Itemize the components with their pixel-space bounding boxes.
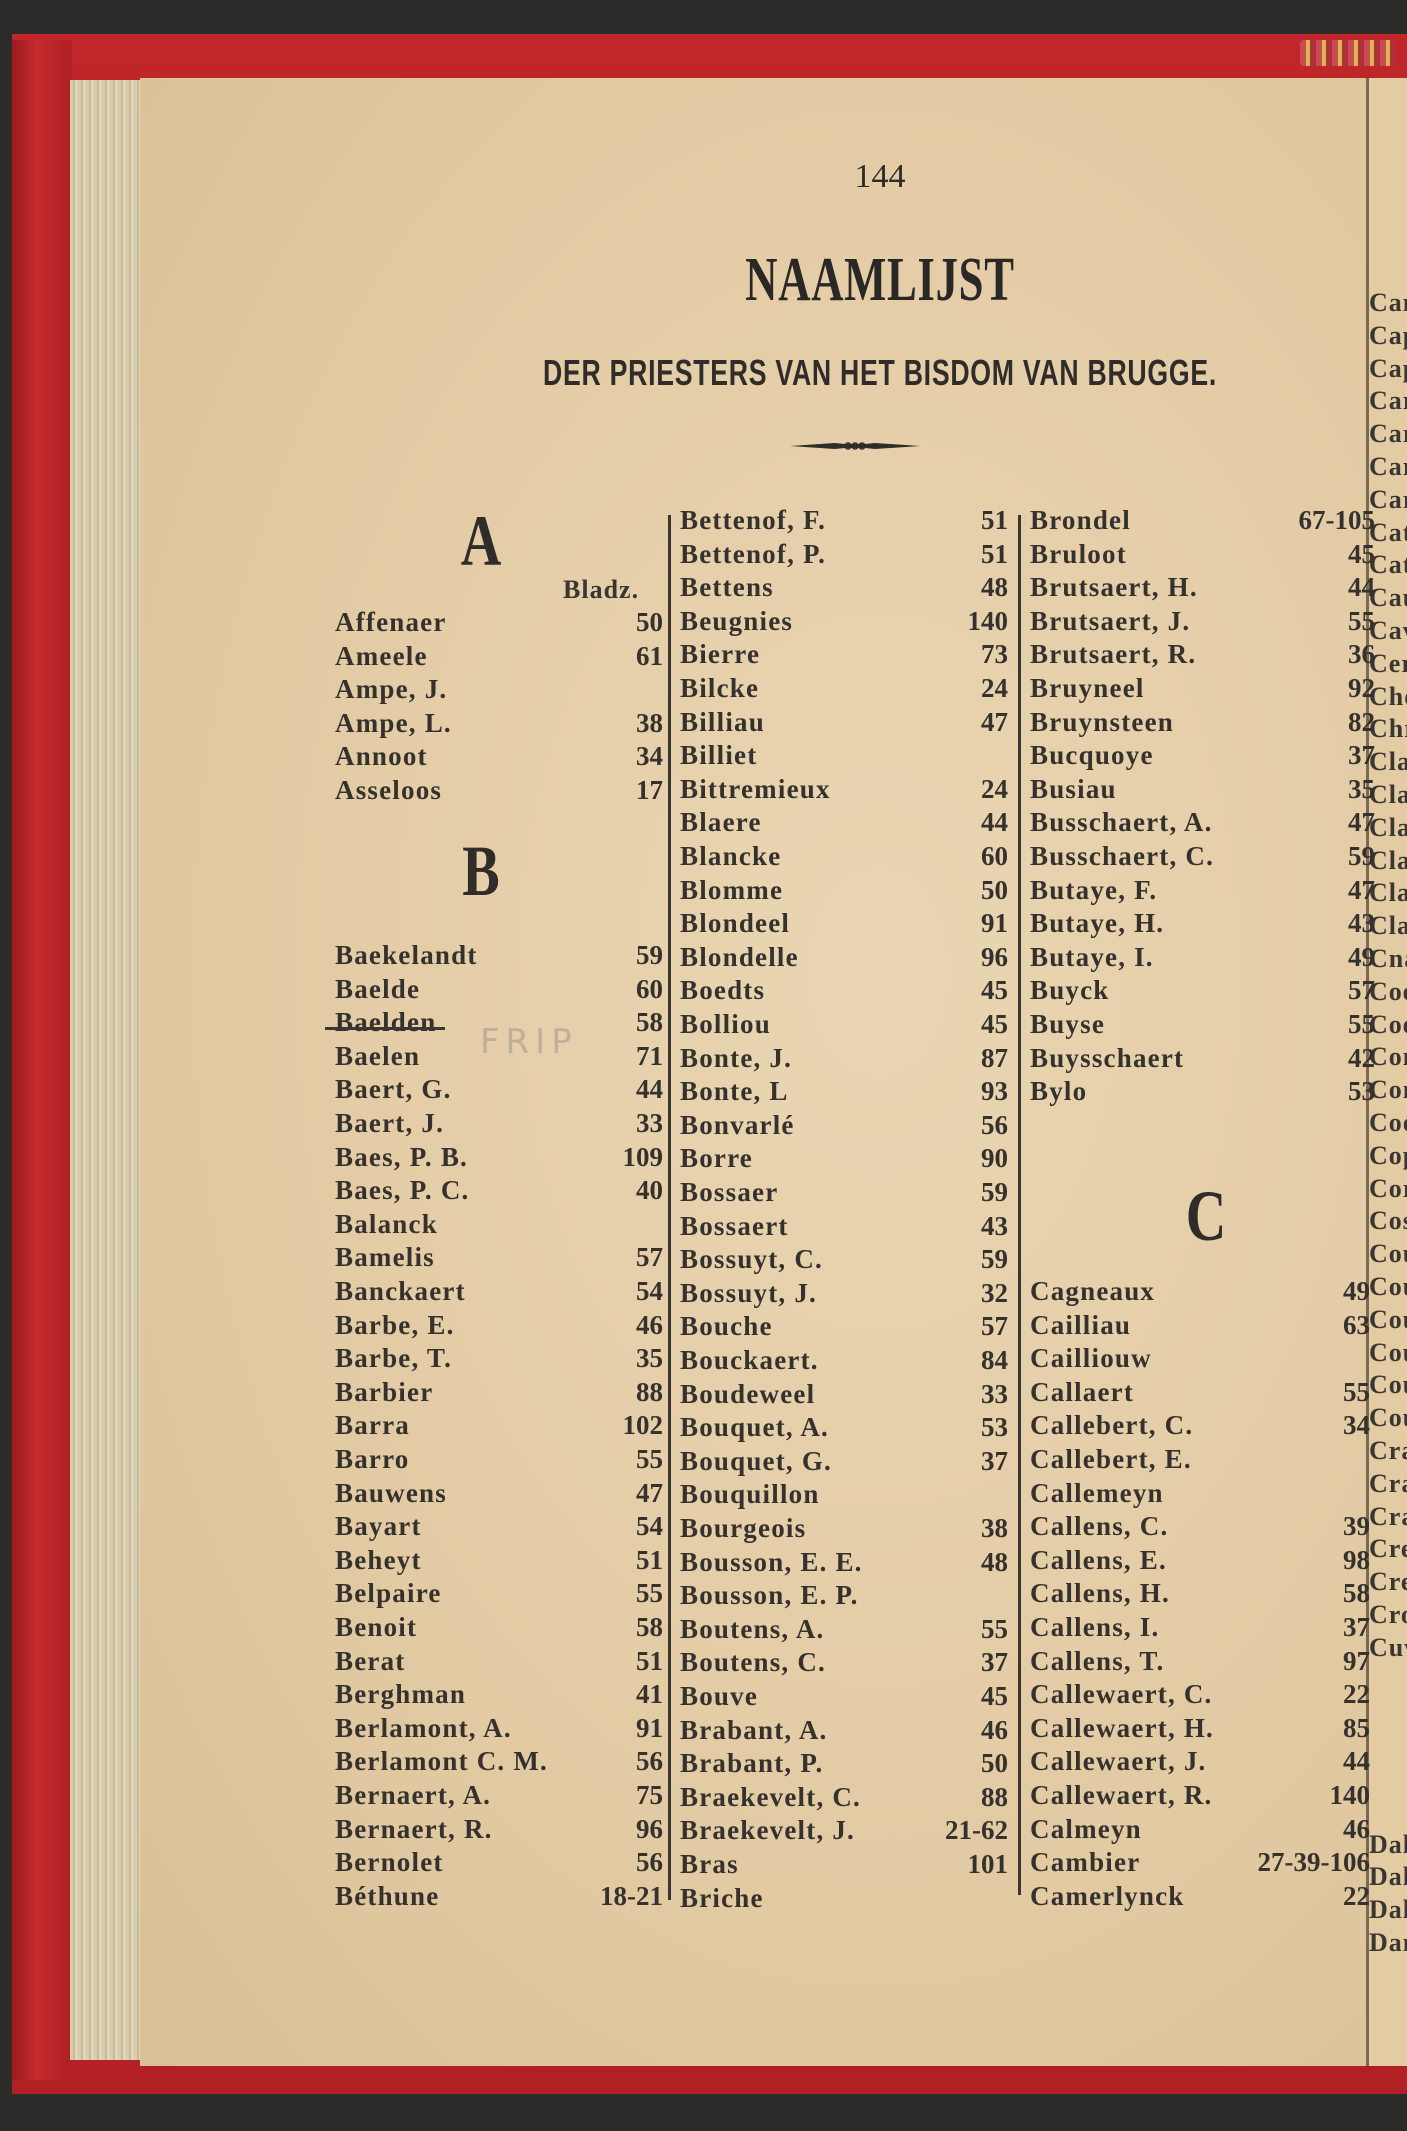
entry-name: Bayart <box>335 1511 422 1542</box>
entry-name: Barbier <box>335 1377 433 1408</box>
entry-page: 56 <box>981 1110 1008 1141</box>
entry-name: Callens, T. <box>1030 1646 1164 1677</box>
index-entry: Bousson, E. E.48 <box>680 1547 1008 1580</box>
entry-name: Benoit <box>335 1612 417 1643</box>
entry-name: Butaye, H. <box>1030 908 1164 939</box>
index-entry: Baert, G.44 <box>335 1074 663 1107</box>
entry-name: Ameele <box>335 641 428 672</box>
entry-name: Callemeyn <box>1030 1478 1164 1509</box>
index-entry: Braekevelt, J.21-62 <box>680 1815 1008 1848</box>
entry-name: Boutens, C. <box>680 1647 826 1678</box>
entry-page: 27-39-106 <box>1258 1847 1370 1878</box>
entry-page: 67-105 <box>1299 505 1376 536</box>
entry-name: Bousson, E. E. <box>680 1547 863 1578</box>
next-page-line: Cap <box>1369 321 1407 351</box>
entry-name: Brutsaert, R. <box>1030 639 1196 670</box>
entry-page: 51 <box>636 1646 663 1677</box>
index-entry: Banckaert54 <box>335 1276 663 1309</box>
entry-page: 45 <box>981 1681 1008 1712</box>
next-page-line: Crac <box>1369 1469 1407 1499</box>
index-entry: Butaye, F.47 <box>1030 875 1375 908</box>
entry-name: Blondelle <box>680 942 799 973</box>
entry-page: 46 <box>636 1310 663 1341</box>
entry-page: 96 <box>636 1814 663 1845</box>
entry-name: Bylo <box>1030 1076 1087 1107</box>
entry-page: 51 <box>636 1545 663 1576</box>
index-entry: Callens, C.39 <box>1030 1511 1370 1544</box>
index-entry: Billiet <box>680 740 1008 773</box>
entry-name: Bettenof, F. <box>680 505 826 536</box>
entry-page: 21-62 <box>945 1815 1008 1846</box>
index-entry: Ampe, J. <box>335 674 663 707</box>
entry-name: Bourgeois <box>680 1513 806 1544</box>
index-entry: Bruloot45 <box>1030 539 1375 572</box>
entry-name: Cailliouw <box>1030 1343 1152 1374</box>
index-entry: Callens, I.37 <box>1030 1612 1370 1645</box>
entry-page: 59 <box>981 1244 1008 1275</box>
entry-name: Butaye, F. <box>1030 875 1157 906</box>
entry-name: Ampe, J. <box>335 674 447 705</box>
index-entry: Bonte, J.87 <box>680 1043 1008 1076</box>
entry-page: 140 <box>1330 1780 1371 1811</box>
entry-name: Baert, J. <box>335 1108 444 1139</box>
entry-name: Bierre <box>680 639 760 670</box>
entry-page: 55 <box>1348 606 1375 637</box>
entry-page: 32 <box>981 1278 1008 1309</box>
entry-name: Callewaert, C. <box>1030 1679 1213 1710</box>
index-entry: Bernaert, R.96 <box>335 1814 663 1847</box>
entry-name: Callens, C. <box>1030 1511 1168 1542</box>
entry-page: 82 <box>1348 707 1375 738</box>
entry-name: Bolliou <box>680 1009 771 1040</box>
entry-page: 56 <box>636 1746 663 1777</box>
entry-page: 51 <box>981 539 1008 570</box>
index-entry: Bolliou45 <box>680 1009 1008 1042</box>
entry-page: 43 <box>981 1211 1008 1242</box>
entry-name: Ampe, L. <box>335 708 452 739</box>
entry-name: Brabant, P. <box>680 1748 823 1779</box>
column-rule-left <box>668 515 671 1900</box>
entry-page: 47 <box>1348 875 1375 906</box>
pencil-annotation: FRIP <box>480 1022 578 1062</box>
index-entry: Callemeyn <box>1030 1478 1370 1511</box>
entry-page: 47 <box>1348 807 1375 838</box>
entry-name: Beugnies <box>680 606 793 637</box>
index-entry: Briche <box>680 1883 1008 1916</box>
next-page-line: Cou <box>1369 1370 1407 1400</box>
page-column-label: Bladz. <box>563 575 639 605</box>
index-entry: Bernaert, A.75 <box>335 1780 663 1813</box>
index-entry: Callebert, E. <box>1030 1444 1370 1477</box>
entry-page: 17 <box>636 775 663 806</box>
index-entry: Busschaert, C.59 <box>1030 841 1375 874</box>
entry-name: Bouckaert. <box>680 1345 819 1376</box>
entry-name: Busschaert, C. <box>1030 841 1214 872</box>
entry-page: 102 <box>623 1410 664 1441</box>
index-entry: Bonvarlé56 <box>680 1110 1008 1143</box>
entry-page: 101 <box>968 1849 1009 1880</box>
entry-page: 140 <box>968 606 1009 637</box>
next-page-line: Crac <box>1369 1436 1407 1466</box>
next-page-line: Cap <box>1369 354 1407 384</box>
index-entry: Bernolet56 <box>335 1847 663 1880</box>
index-entry: Busiau35 <box>1030 774 1375 807</box>
entry-name: Butaye, I. <box>1030 942 1154 973</box>
entry-name: Bernolet <box>335 1847 444 1878</box>
entry-name: Baes, P. C. <box>335 1175 469 1206</box>
next-page-line: Car <box>1369 452 1407 482</box>
entry-name: Bras <box>680 1849 739 1880</box>
entry-name: Brutsaert, H. <box>1030 572 1198 603</box>
index-entry: Affenaer50 <box>335 607 663 640</box>
index-entry: Callebert, C.34 <box>1030 1410 1370 1443</box>
entry-page: 73 <box>981 639 1008 670</box>
entry-page: 37 <box>981 1647 1008 1678</box>
entry-page: 109 <box>623 1142 664 1173</box>
index-entry: Blomme50 <box>680 875 1008 908</box>
page-number: 144 <box>820 158 940 196</box>
entry-name: Berat <box>335 1646 405 1677</box>
ornament-divider-icon <box>790 440 920 452</box>
entry-name: Belpaire <box>335 1578 442 1609</box>
entry-name: Bouquet, G. <box>680 1446 832 1477</box>
index-entry: Ampe, L.38 <box>335 708 663 741</box>
index-entry: Ameele61 <box>335 641 663 674</box>
entry-name: Blancke <box>680 841 781 872</box>
entry-name: Briche <box>680 1883 764 1914</box>
entry-name: Brabant, A. <box>680 1715 827 1746</box>
entry-name: Buyck <box>1030 975 1110 1006</box>
entry-page: 47 <box>981 707 1008 738</box>
entry-name: Berlamont, A. <box>335 1713 512 1744</box>
entry-name: Barro <box>335 1444 410 1475</box>
index-entry: Baes, P. B.109 <box>335 1142 663 1175</box>
entry-page: 43 <box>1348 908 1375 939</box>
entry-name: Baekelandt <box>335 940 478 971</box>
entry-name: Blondeel <box>680 908 790 939</box>
entry-name: Baelde <box>335 974 420 1005</box>
entry-page: 49 <box>1343 1276 1370 1307</box>
index-entry: Bettenof, P.51 <box>680 539 1008 572</box>
next-page-line: Cou <box>1369 1305 1407 1335</box>
entry-page: 33 <box>981 1379 1008 1410</box>
entry-page: 61 <box>636 641 663 672</box>
entry-name: Bernaert, A. <box>335 1780 491 1811</box>
entry-name: Bamelis <box>335 1242 435 1273</box>
entry-page: 46 <box>981 1715 1008 1746</box>
entry-name: Barbe, T. <box>335 1343 452 1374</box>
entry-page: 92 <box>1348 673 1375 704</box>
entry-name: Callewaert, J. <box>1030 1746 1207 1777</box>
index-entry: Callewaert, C.22 <box>1030 1679 1370 1712</box>
index-entry: Beugnies140 <box>680 606 1008 639</box>
entry-page: 59 <box>636 940 663 971</box>
next-page-line: Cors <box>1369 1174 1407 1204</box>
index-entry: Belpaire55 <box>335 1578 663 1611</box>
next-page-line: Car <box>1369 419 1407 449</box>
next-page-line: Cou <box>1369 1338 1407 1368</box>
entry-name: Billiau <box>680 707 765 738</box>
index-entry: Callens, T.97 <box>1030 1646 1370 1679</box>
index-entry: Brutsaert, J.55 <box>1030 606 1375 639</box>
index-entry: Boedts45 <box>680 975 1008 1008</box>
entry-page: 53 <box>981 1412 1008 1443</box>
index-entry: Cagneaux49 <box>1030 1276 1370 1309</box>
index-entry: Bouve45 <box>680 1681 1008 1714</box>
entry-name: Beheyt <box>335 1545 422 1576</box>
index-entry: Bettens48 <box>680 572 1008 605</box>
index-entry: Beheyt51 <box>335 1545 663 1578</box>
index-entry: Bouckaert.84 <box>680 1345 1008 1378</box>
entry-name: Bettens <box>680 572 774 603</box>
index-entry: Baes, P. C.40 <box>335 1175 663 1208</box>
entry-name: Berlamont C. M. <box>335 1746 548 1777</box>
entry-name: Busschaert, A. <box>1030 807 1213 838</box>
index-entry: Busschaert, A.47 <box>1030 807 1375 840</box>
index-entry: Brondel67-105 <box>1030 505 1375 538</box>
entry-name: Bucquoye <box>1030 740 1154 771</box>
entry-name: Bonvarlé <box>680 1110 795 1141</box>
section-letter-a: A <box>461 500 502 583</box>
entry-name: Baelen <box>335 1041 420 1072</box>
next-page-line: Dall <box>1369 1895 1407 1925</box>
entry-name: Bossaer <box>680 1177 778 1208</box>
entry-page: 45 <box>981 975 1008 1006</box>
entry-name: Bernaert, R. <box>335 1814 493 1845</box>
entry-page: 38 <box>636 708 663 739</box>
entry-name: Bittremieux <box>680 774 831 805</box>
entry-page: 58 <box>1343 1578 1370 1609</box>
index-entry: Asseloos17 <box>335 775 663 808</box>
next-page-line: Crev <box>1369 1534 1407 1564</box>
entry-name: Annoot <box>335 741 428 772</box>
entry-page: 49 <box>1348 942 1375 973</box>
entry-name: Barbe, E. <box>335 1310 455 1341</box>
entry-name: Bonte, J. <box>680 1043 792 1074</box>
entry-name: Baes, P. B. <box>335 1142 468 1173</box>
entry-name: Bouche <box>680 1311 773 1342</box>
entry-name: Bouve <box>680 1681 758 1712</box>
next-page-line: Cop <box>1369 1141 1407 1171</box>
index-entry: Bylo53 <box>1030 1076 1375 1109</box>
entry-name: Balanck <box>335 1209 438 1240</box>
index-entry: Bouquet, G.37 <box>680 1446 1008 1479</box>
entry-page: 75 <box>636 1780 663 1811</box>
entry-name: Callewaert, R. <box>1030 1780 1213 1811</box>
entry-page: 97 <box>1343 1646 1370 1677</box>
entry-name: Bossuyt, C. <box>680 1244 823 1275</box>
index-entry: Blondeel91 <box>680 908 1008 941</box>
entry-page: 60 <box>981 841 1008 872</box>
index-entry: Bruyneel92 <box>1030 673 1375 706</box>
entry-name: Camerlynck <box>1030 1881 1184 1912</box>
page-edges <box>70 80 140 2060</box>
entry-name: Callens, H. <box>1030 1578 1170 1609</box>
entry-name: Bossaert <box>680 1211 789 1242</box>
entry-page: 55 <box>636 1444 663 1475</box>
strikethrough-line <box>325 1027 445 1030</box>
entry-name: Baelden <box>335 1007 436 1038</box>
section-letter-c: C <box>1186 1175 1227 1258</box>
column-rule-right <box>1018 515 1021 1895</box>
entry-name: Cailliau <box>1030 1310 1131 1341</box>
next-page-line: Croi <box>1369 1600 1407 1630</box>
index-entry: Butaye, H.43 <box>1030 908 1375 941</box>
index-entry: Barra102 <box>335 1410 663 1443</box>
next-page-line: Crac <box>1369 1502 1407 1532</box>
entry-name: Billiet <box>680 740 757 771</box>
entry-name: Calmeyn <box>1030 1814 1142 1845</box>
index-entry: Bayart54 <box>335 1511 663 1544</box>
index-entry: Bamelis57 <box>335 1242 663 1275</box>
entry-page: 39 <box>1343 1511 1370 1542</box>
entry-page: 50 <box>981 875 1008 906</box>
entry-page: 22 <box>1343 1679 1370 1710</box>
entry-page: 93 <box>981 1076 1008 1107</box>
entry-name: Braekevelt, C. <box>680 1782 861 1813</box>
entry-name: Cagneaux <box>1030 1276 1155 1307</box>
entry-page: 37 <box>1348 740 1375 771</box>
entry-name: Barra <box>335 1410 410 1441</box>
next-page-line: Crev <box>1369 1567 1407 1597</box>
index-entry: Borre90 <box>680 1143 1008 1176</box>
entry-page: 48 <box>981 572 1008 603</box>
entry-page: 53 <box>1348 1076 1375 1107</box>
entry-page: 84 <box>981 1345 1008 1376</box>
index-entry: Bossuyt, J.32 <box>680 1278 1008 1311</box>
entry-name: Baert, G. <box>335 1074 452 1105</box>
entry-page: 59 <box>1348 841 1375 872</box>
entry-page: 58 <box>636 1007 663 1038</box>
index-entry: Bouche57 <box>680 1311 1008 1344</box>
index-entry: Calmeyn46 <box>1030 1814 1370 1847</box>
index-entry: Berlamont C. M.56 <box>335 1746 663 1779</box>
index-entry: Berat51 <box>335 1646 663 1679</box>
entry-name: Asseloos <box>335 775 442 806</box>
index-entry: Billiau47 <box>680 707 1008 740</box>
index-entry: Barbier88 <box>335 1377 663 1410</box>
next-page-line: Cou <box>1369 1272 1407 1302</box>
entry-page: 71 <box>636 1041 663 1072</box>
entry-page: 38 <box>981 1513 1008 1544</box>
entry-name: Brutsaert, J. <box>1030 606 1190 637</box>
entry-page: 55 <box>636 1578 663 1609</box>
entry-name: Brondel <box>1030 505 1131 536</box>
index-entry: Barbe, E.46 <box>335 1310 663 1343</box>
entry-page: 37 <box>981 1446 1008 1477</box>
index-entry: Bauwens47 <box>335 1478 663 1511</box>
entry-page: 85 <box>1343 1713 1370 1744</box>
entry-page: 24 <box>981 673 1008 704</box>
index-entry: Baekelandt59 <box>335 940 663 973</box>
entry-name: Bousson, E. P. <box>680 1580 859 1611</box>
index-entry: Bousson, E. P. <box>680 1580 1008 1613</box>
entry-name: Cambier <box>1030 1847 1140 1878</box>
entry-page: 96 <box>981 942 1008 973</box>
index-entry: Camerlynck22 <box>1030 1881 1370 1914</box>
entry-page: 55 <box>1348 1009 1375 1040</box>
next-page-line: Car <box>1369 386 1407 416</box>
index-entry: Bourgeois38 <box>680 1513 1008 1546</box>
next-page-line: Coo <box>1369 1108 1407 1138</box>
index-entry: Brutsaert, H.44 <box>1030 572 1375 605</box>
index-entry: Bittremieux24 <box>680 774 1008 807</box>
entry-name: Callewaert, H. <box>1030 1713 1214 1744</box>
index-entry: Boutens, C.37 <box>680 1647 1008 1680</box>
index-entry: Callens, E.98 <box>1030 1545 1370 1578</box>
index-entry: Bouquillon <box>680 1479 1008 1512</box>
entry-page: 90 <box>981 1143 1008 1174</box>
next-page-line: Cou <box>1369 1403 1407 1433</box>
index-entry: Barbe, T.35 <box>335 1343 663 1376</box>
entry-page: 24 <box>981 774 1008 805</box>
entry-name: Callens, E. <box>1030 1545 1167 1576</box>
entry-page: 56 <box>636 1847 663 1878</box>
entry-name: Bouquet, A. <box>680 1412 829 1443</box>
entry-name: Borre <box>680 1143 753 1174</box>
entry-name: Boedts <box>680 975 765 1006</box>
entry-page: 33 <box>636 1108 663 1139</box>
entry-name: Buyse <box>1030 1009 1105 1040</box>
index-entry: Blondelle96 <box>680 942 1008 975</box>
entry-name: Béthune <box>335 1881 439 1912</box>
entry-page: 98 <box>1343 1545 1370 1576</box>
entry-name: Boudeweel <box>680 1379 815 1410</box>
entry-page: 45 <box>981 1009 1008 1040</box>
entry-page: 44 <box>636 1074 663 1105</box>
next-page-line: Cou <box>1369 1239 1407 1269</box>
entry-page: 55 <box>981 1614 1008 1645</box>
entry-name: Bossuyt, J. <box>680 1278 817 1309</box>
entry-page: 41 <box>636 1679 663 1710</box>
entry-page: 87 <box>981 1043 1008 1074</box>
entry-name: Affenaer <box>335 607 447 638</box>
next-page-line: Can <box>1369 288 1407 318</box>
index-entry: Butaye, I.49 <box>1030 942 1375 975</box>
index-entry: Callewaert, R.140 <box>1030 1780 1370 1813</box>
next-page-line: Dall <box>1369 1830 1407 1860</box>
entry-name: Busiau <box>1030 774 1117 805</box>
index-entry: Blaere44 <box>680 807 1008 840</box>
index-entry: Bossuyt, C.59 <box>680 1244 1008 1277</box>
entry-name: Bauwens <box>335 1478 447 1509</box>
index-entry: Boutens, A.55 <box>680 1614 1008 1647</box>
entry-page: 91 <box>636 1713 663 1744</box>
index-entry: Baert, J.33 <box>335 1108 663 1141</box>
entry-name: Bonte, L <box>680 1076 789 1107</box>
entry-page: 22 <box>1343 1881 1370 1912</box>
entry-name: Berghman <box>335 1679 466 1710</box>
entry-page: 40 <box>636 1175 663 1206</box>
index-entry: Brabant, A.46 <box>680 1715 1008 1748</box>
entry-name: Bouquillon <box>680 1479 820 1510</box>
next-page-line: Dall <box>1369 1862 1407 1892</box>
entry-page: 51 <box>981 505 1008 536</box>
entry-page: 63 <box>1343 1310 1370 1341</box>
entry-page: 88 <box>636 1377 663 1408</box>
entry-page: 50 <box>981 1748 1008 1779</box>
index-entry: Cailliouw <box>1030 1343 1370 1376</box>
entry-page: 44 <box>1348 572 1375 603</box>
entry-page: 54 <box>636 1511 663 1542</box>
index-entry: Bossaer59 <box>680 1177 1008 1210</box>
index-entry: Bonte, L93 <box>680 1076 1008 1109</box>
index-entry: Bouquet, A.53 <box>680 1412 1008 1445</box>
index-entry: Bettenof, F.51 <box>680 505 1008 538</box>
index-entry: Callewaert, H.85 <box>1030 1713 1370 1746</box>
entry-page: 88 <box>981 1782 1008 1813</box>
next-page-line: Coss <box>1369 1206 1407 1236</box>
